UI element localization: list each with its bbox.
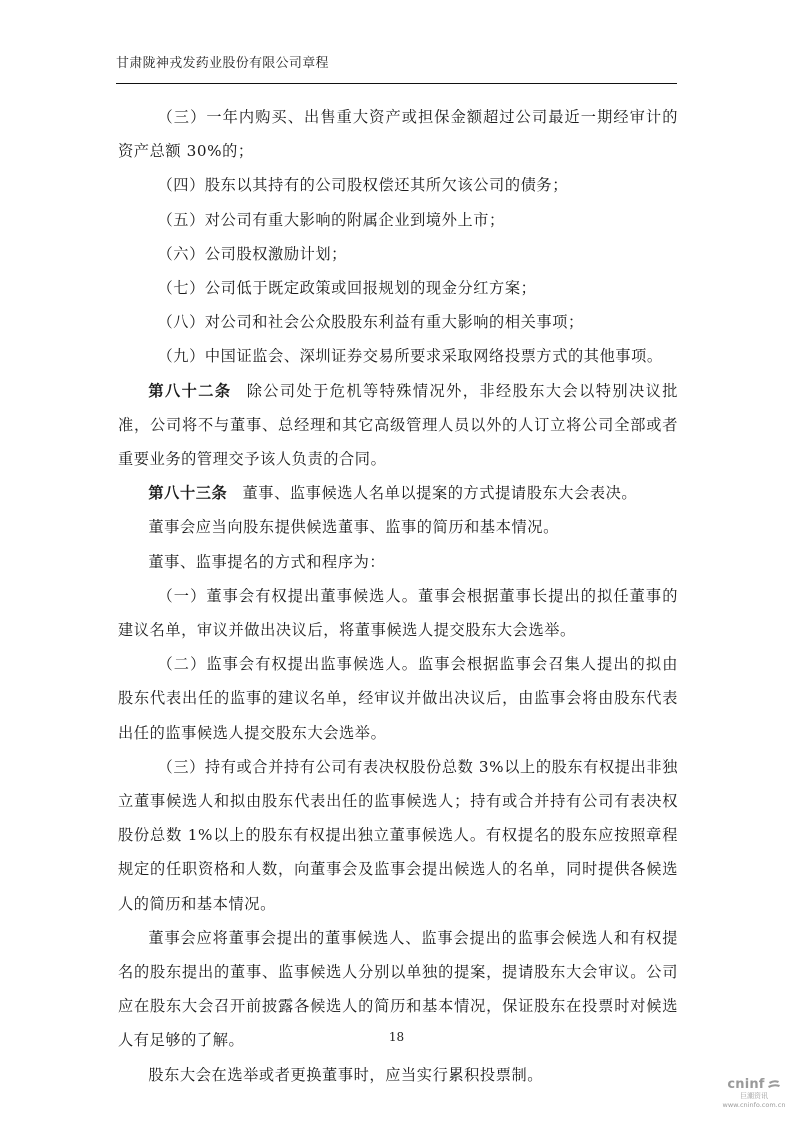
document-header-title: 甘肃陇神戎发药业股份有限公司章程 bbox=[116, 52, 677, 71]
paragraph: 股东大会在选举或者更换董事时，应当实行累积投票制。 bbox=[118, 1058, 678, 1092]
article-label: 第八十三条 bbox=[148, 484, 227, 502]
list-item: （六）公司股权激励计划； bbox=[118, 237, 678, 271]
header-divider bbox=[116, 83, 677, 84]
list-item: （一）董事会有权提出董事候选人。董事会根据董事长提出的拟任董事的建议名单，审议并… bbox=[118, 579, 678, 647]
document-body: （三）一年内购买、出售重大资产或担保金额超过公司最近一期经审计的资产总额 30%… bbox=[118, 100, 678, 1092]
article-label: 第八十二条 bbox=[148, 382, 231, 400]
list-item: （五）对公司有重大影响的附属企业到境外上市； bbox=[118, 203, 678, 237]
paragraph: 董事会应当向股东提供候选董事、监事的简历和基本情况。 bbox=[118, 510, 678, 544]
article-text: 董事、监事候选人名单以提案的方式提请股东大会表决。 bbox=[243, 484, 638, 502]
paragraph: 董事、监事提名的方式和程序为： bbox=[118, 545, 678, 579]
cninfo-watermark: cninf 巨潮资讯 www.cninfo.com.cn bbox=[718, 1077, 790, 1109]
list-item: （七）公司低于既定政策或回报规划的现金分红方案； bbox=[118, 271, 678, 305]
list-item: （四）股东以其持有的公司股权偿还其所欠该公司的债务； bbox=[118, 168, 678, 202]
list-item: （三）一年内购买、出售重大资产或担保金额超过公司最近一期经审计的资产总额 30%… bbox=[118, 100, 678, 168]
list-item: （八）对公司和社会公众股股东利益有重大影响的相关事项； bbox=[118, 305, 678, 339]
article-82: 第八十二条除公司处于危机等特殊情况外，非经股东大会以特别决议批准，公司将不与董事… bbox=[118, 374, 678, 477]
watermark-brand-text: cninf bbox=[727, 1077, 764, 1092]
page-number: 18 bbox=[0, 1030, 793, 1044]
article-83: 第八十三条董事、监事候选人名单以提案的方式提请股东大会表决。 bbox=[118, 476, 678, 510]
watermark-subtitle: 巨潮资讯 bbox=[718, 1092, 790, 1101]
list-item: （二）监事会有权提出监事候选人。监事会根据监事会召集人提出的拟由股东代表出任的监… bbox=[118, 647, 678, 750]
list-item: （九）中国证监会、深圳证券交易所要求采取网络投票方式的其他事项。 bbox=[118, 339, 678, 373]
watermark-brand: cninf bbox=[718, 1077, 790, 1092]
cninfo-logo-icon bbox=[767, 1079, 781, 1091]
watermark-url: www.cninfo.com.cn bbox=[718, 1101, 790, 1109]
list-item: （三）持有或合并持有公司有表决权股份总数 3%以上的股东有权提出非独立董事候选人… bbox=[118, 750, 678, 921]
